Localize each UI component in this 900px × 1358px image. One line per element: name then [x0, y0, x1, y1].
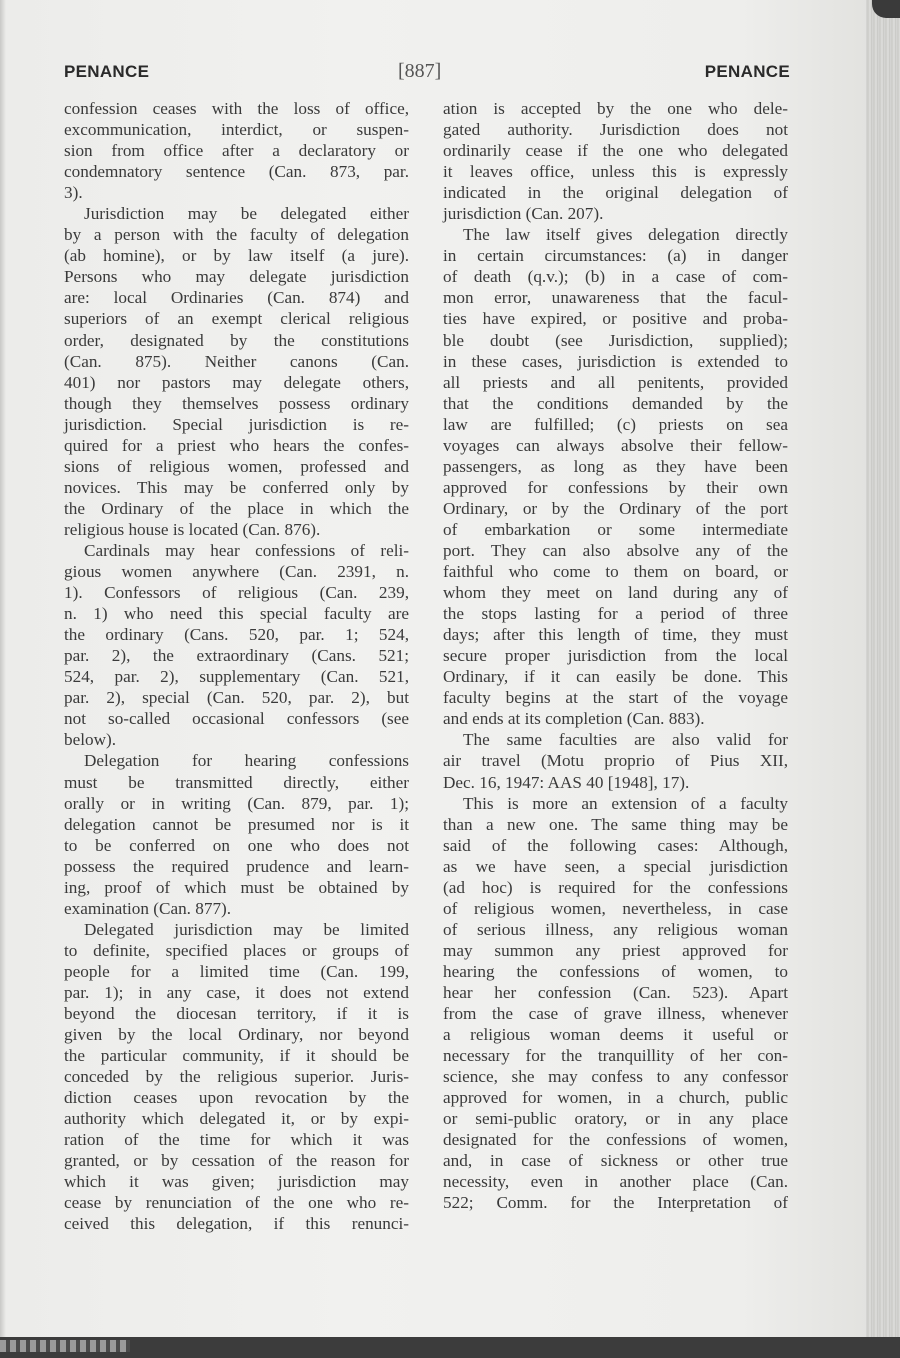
text-line: (ad hoc) is required for the confessions: [443, 877, 788, 898]
book-page: PENANCE [887] PENANCE confession ceases …: [0, 0, 870, 1342]
text-line: science, she may confess to any confesso…: [443, 1066, 788, 1087]
text-line: voyages can always absolve their fellow-: [443, 435, 788, 456]
text-line: Persons who may delegate jurisdiction: [64, 266, 409, 287]
page-gutter-shadow: [0, 0, 6, 1342]
text-line: Ordinary, or by the Ordinary of the port: [443, 498, 788, 519]
page-stack-edge: [866, 0, 900, 1358]
text-line: ordinarily cease if the one who delegate…: [443, 140, 788, 161]
text-line: Ordinary, if it can easily be done. This: [443, 666, 788, 687]
text-line: days; after this length of time, they mu…: [443, 624, 788, 645]
text-line: quired for a priest who hears the confes…: [64, 435, 409, 456]
text-line: the particular community, if it should b…: [64, 1045, 409, 1066]
text-line: 3).: [64, 182, 409, 203]
text-line: The same faculties are also valid for: [443, 729, 788, 750]
text-line: a religious woman deems it useful or: [443, 1024, 788, 1045]
text-line: to definite, specified places or groups …: [64, 940, 409, 961]
text-line: The law itself gives delegation directly: [443, 224, 788, 245]
text-line: 1). Confessors of religious (Can. 239,: [64, 582, 409, 603]
text-line: whom they meet on land during any of: [443, 582, 788, 603]
text-line: and, in case of sickness or other true: [443, 1150, 788, 1171]
text-line: from the case of grave illness, whenever: [443, 1003, 788, 1024]
text-line: beyond the diocesan territory, if it is: [64, 1003, 409, 1024]
text-line: as we have seen, a special jurisdiction: [443, 856, 788, 877]
header-left-title: PENANCE: [64, 62, 149, 82]
text-line: in these cases, jurisdiction is extended…: [443, 351, 788, 372]
text-line: excommunication, interdict, or suspen-: [64, 119, 409, 140]
text-line: the stops lasting for a period of three: [443, 603, 788, 624]
text-line: port. They can also absolve any of the: [443, 540, 788, 561]
text-line: religious house is located (Can. 876).: [64, 519, 409, 540]
text-line: designated for the confessions of women,: [443, 1129, 788, 1150]
text-line: people for a limited time (Can. 199,: [64, 961, 409, 982]
text-line: in certain circumstances: (a) in danger: [443, 245, 788, 266]
text-line: superiors of an exempt clerical religiou…: [64, 308, 409, 329]
text-line: par. 2), the extraordinary (Cans. 521;: [64, 645, 409, 666]
text-line: that the conditions demanded by the: [443, 393, 788, 414]
text-line: of religious women, nevertheless, in cas…: [443, 898, 788, 919]
text-line: the ordinary (Cans. 520, par. 1; 524,: [64, 624, 409, 645]
text-line: gious women anywhere (Can. 2391, n.: [64, 561, 409, 582]
text-line: mon error, unawareness that the facul-: [443, 287, 788, 308]
text-line: to be conferred on one who does not: [64, 835, 409, 856]
text-line: sions of religious women, professed and: [64, 456, 409, 477]
text-line: Jurisdiction may be delegated either: [64, 203, 409, 224]
text-line: granted, or by cessation of the reason f…: [64, 1150, 409, 1171]
text-line: are: local Ordinaries (Can. 874) and: [64, 287, 409, 308]
text-line: faculty begins at the start of the voyag…: [443, 687, 788, 708]
text-line: diction ceases upon revocation by the: [64, 1087, 409, 1108]
text-line: given by the local Ordinary, nor beyond: [64, 1024, 409, 1045]
text-line: 401) nor pastors may delegate others,: [64, 372, 409, 393]
text-line: par. 2), special (Can. 520, par. 2), but: [64, 687, 409, 708]
text-line: condemnatory sentence (Can. 873, par.: [64, 161, 409, 182]
text-line: ration of the time for which it was: [64, 1129, 409, 1150]
text-line: by a person with the faculty of delegati…: [64, 224, 409, 245]
running-header: PENANCE [887] PENANCE: [64, 62, 790, 88]
text-line: 522; Comm. for the Interpretation of: [443, 1192, 788, 1213]
text-line: ties have expired, or positive and proba…: [443, 308, 788, 329]
text-line: par. 1); in any case, it does not extend: [64, 982, 409, 1003]
text-line: Delegated jurisdiction may be limited: [64, 919, 409, 940]
text-line: necessary for the tranquillity of her co…: [443, 1045, 788, 1066]
text-line: law are fulfilled; (c) priests on sea: [443, 414, 788, 435]
text-line: possess the required prudence and learn-: [64, 856, 409, 877]
text-line: than a new one. The same thing may be: [443, 814, 788, 835]
text-line: and ends at its completion (Can. 883).: [443, 708, 788, 729]
text-line: ble doubt (see Jurisdiction, supplied);: [443, 330, 788, 351]
text-line: air travel (Motu proprio of Pius XII,: [443, 750, 788, 771]
text-line: ceived this delegation, if this renunci-: [64, 1213, 409, 1234]
text-line: Delegation for hearing confessions: [64, 750, 409, 771]
text-line: of serious illness, any religious woman: [443, 919, 788, 940]
text-line: gated authority. Jurisdiction does not: [443, 119, 788, 140]
text-line: not so-called occasional confessors (see: [64, 708, 409, 729]
text-line: it leaves office, unless this is express…: [443, 161, 788, 182]
text-line: hear her confession (Can. 523). Apart: [443, 982, 788, 1003]
text-line: hearing the confessions of women, to: [443, 961, 788, 982]
text-line: n. 1) who need this special faculty are: [64, 603, 409, 624]
text-line: which it was given; jurisdiction may: [64, 1171, 409, 1192]
text-line: must be transmitted directly, either: [64, 772, 409, 793]
text-line: authority which delegated it, or by expi…: [64, 1108, 409, 1129]
text-line: the Ordinary of the place in which the: [64, 498, 409, 519]
left-text-column: confession ceases with the loss of offic…: [64, 98, 409, 1235]
text-line: approved for confessions by their own: [443, 477, 788, 498]
text-line: may summon any priest approved for: [443, 940, 788, 961]
binding-chain-pattern: [0, 1340, 130, 1352]
header-right-title: PENANCE: [705, 62, 790, 82]
text-line: cease by renunciation of the one who re-: [64, 1192, 409, 1213]
text-line: confession ceases with the loss of offic…: [64, 98, 409, 119]
text-line: (Can. 875). Neither canons (Can.: [64, 351, 409, 372]
text-line: of embarkation or some intermediate: [443, 519, 788, 540]
text-line: (ab homine), or by law itself (a jure).: [64, 245, 409, 266]
text-line: necessity, even in another place (Can.: [443, 1171, 788, 1192]
text-line: approved for women, in a church, public: [443, 1087, 788, 1108]
text-line: though they themselves possess ordinary: [64, 393, 409, 414]
page-number: [887]: [398, 60, 441, 83]
text-line: below).: [64, 729, 409, 750]
text-line: orally or in writing (Can. 879, par. 1);: [64, 793, 409, 814]
text-line: said of the following cases: Although,: [443, 835, 788, 856]
text-line: all priests and all penitents, provided: [443, 372, 788, 393]
text-line: delegation cannot be presumed nor is it: [64, 814, 409, 835]
text-line: Dec. 16, 1947: AAS 40 [1948], 17).: [443, 772, 788, 793]
text-line: 524, par. 2), supplementary (Can. 521,: [64, 666, 409, 687]
text-line: Cardinals may hear confessions of reli-: [64, 540, 409, 561]
text-line: examination (Can. 877).: [64, 898, 409, 919]
text-line: or semi-public oratory, or in any place: [443, 1108, 788, 1129]
text-line: conceded by the religious superior. Juri…: [64, 1066, 409, 1087]
text-line: secure proper jurisdiction from the loca…: [443, 645, 788, 666]
text-line: faithful who come to them on board, or: [443, 561, 788, 582]
text-line: novices. This may be conferred only by: [64, 477, 409, 498]
text-line: of death (q.v.); (b) in a case of com-: [443, 266, 788, 287]
scan-bottom-border: [0, 1337, 900, 1358]
text-line: passengers, as long as they have been: [443, 456, 788, 477]
text-line: ation is accepted by the one who dele-: [443, 98, 788, 119]
text-line: order, designated by the constitutions: [64, 330, 409, 351]
right-text-column: ation is accepted by the one who dele-ga…: [443, 98, 788, 1213]
text-line: jurisdiction (Can. 207).: [443, 203, 788, 224]
text-line: indicated in the original delegation of: [443, 182, 788, 203]
text-line: This is more an extension of a faculty: [443, 793, 788, 814]
text-line: sion from office after a declaratory or: [64, 140, 409, 161]
text-line: jurisdiction. Special jurisdiction is re…: [64, 414, 409, 435]
text-line: ing, proof of which must be obtained by: [64, 877, 409, 898]
